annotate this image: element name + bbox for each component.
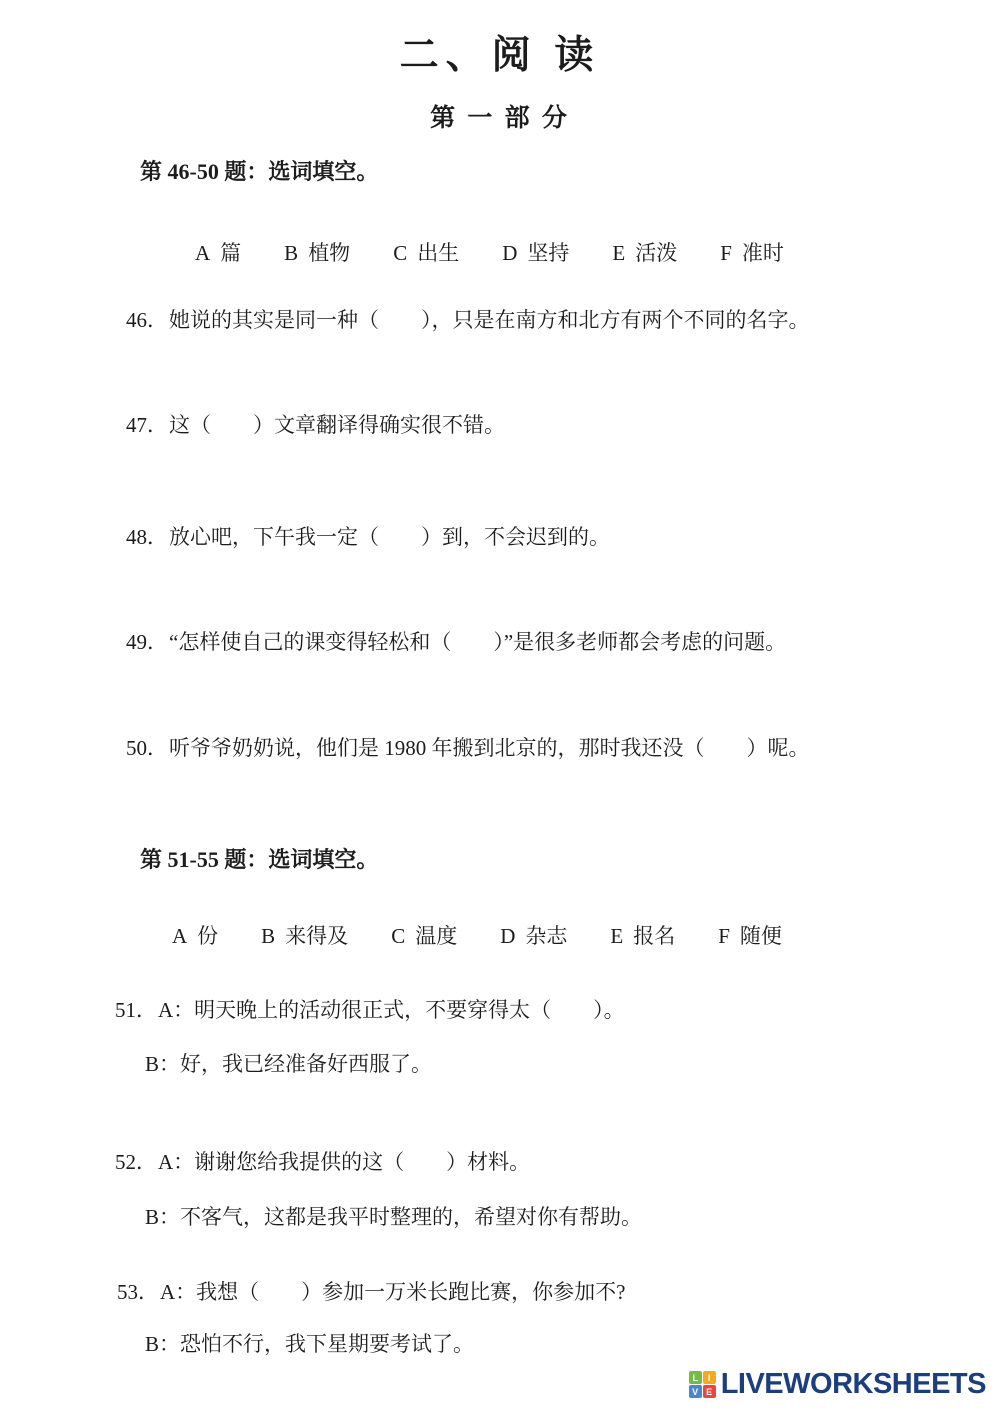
option-word: 活泼: [635, 241, 677, 265]
option-word: 来得及: [285, 924, 348, 948]
option-b: B来得及: [261, 920, 348, 950]
question-53-line-b: B：恐怕不行，我下星期要考试了。: [145, 1331, 474, 1358]
section2-options: A份 B来得及 C温度 D杂志 E报名 F随便: [172, 920, 782, 950]
option-word: 份: [197, 924, 218, 948]
option-word: 篇: [220, 241, 241, 265]
dialog-line-a: A：谢谢您给我提供的这（ ）材料。: [158, 1150, 530, 1174]
option-word: 报名: [633, 924, 675, 948]
option-d: D坚持: [502, 237, 569, 267]
option-letter: E: [612, 241, 625, 265]
question-number: 47．: [126, 413, 168, 437]
option-d: D杂志: [500, 920, 567, 950]
option-word: 出生: [417, 241, 459, 265]
liveworksheets-logo[interactable]: L I V E LIVEWORKSHEETS: [689, 1368, 986, 1401]
option-a: A份: [172, 920, 218, 950]
question-49: 49．“怎样使自己的课变得轻松和（ ）”是很多老师都会考虑的问题。: [126, 629, 786, 656]
option-e: E活泼: [612, 237, 677, 267]
question-52-line-a: 52．A：谢谢您给我提供的这（ ）材料。: [115, 1149, 530, 1176]
option-letter: D: [502, 241, 517, 265]
part-subtitle: 第 一 部 分: [0, 98, 1000, 134]
question-number: 53．: [117, 1280, 159, 1304]
question-number: 46．: [126, 308, 168, 332]
page-title: 二、阅 读: [0, 24, 1000, 80]
option-word: 随便: [740, 924, 782, 948]
option-c: C出生: [393, 237, 459, 267]
question-53-line-a: 53．A：我想（ ）参加一万米长跑比赛，你参加不?: [117, 1279, 626, 1306]
option-letter: B: [261, 924, 275, 948]
option-f: F随便: [718, 920, 782, 950]
question-text: 她说的其实是同一种（ ），只是在南方和北方有两个不同的名字。: [169, 308, 810, 332]
liveworksheets-grid-icon: L I V E: [689, 1371, 716, 1398]
option-letter: A: [195, 241, 210, 265]
question-number: 50．: [126, 736, 168, 760]
option-e: E报名: [610, 920, 675, 950]
option-word: 坚持: [527, 241, 569, 265]
option-a: A篇: [195, 237, 241, 267]
question-text: “怎样使自己的课变得轻松和（ ）”是很多老师都会考虑的问题。: [169, 630, 786, 654]
question-50: 50．听爷爷奶奶说，他们是 1980 年搬到北京的，那时我还没（ ）呢。: [126, 735, 810, 762]
option-letter: F: [718, 924, 730, 948]
option-letter: C: [391, 924, 405, 948]
option-letter: E: [610, 924, 623, 948]
question-text: 这（ ）文章翻译得确实很不错。: [169, 413, 505, 437]
option-letter: D: [500, 924, 515, 948]
option-word: 准时: [742, 241, 784, 265]
question-number: 52．: [115, 1150, 157, 1174]
option-f: F准时: [720, 237, 784, 267]
option-word: 植物: [308, 241, 350, 265]
option-c: C温度: [391, 920, 457, 950]
dialog-line-b: B：恐怕不行，我下星期要考试了。: [145, 1332, 474, 1356]
question-52-line-b: B：不客气，这都是我平时整理的，希望对你有帮助。: [145, 1204, 642, 1231]
question-number: 48．: [126, 525, 168, 549]
option-letter: B: [284, 241, 298, 265]
section1-options: A篇 B植物 C出生 D坚持 E活泼 F准时: [195, 237, 784, 267]
logo-square-v: V: [689, 1385, 702, 1398]
question-text: 听爷爷奶奶说，他们是 1980 年搬到北京的，那时我还没（ ）呢。: [169, 736, 810, 760]
question-number: 49．: [126, 630, 168, 654]
option-letter: C: [393, 241, 407, 265]
option-letter: F: [720, 241, 732, 265]
dialog-line-a: A：明天晚上的活动很正式，不要穿得太（ ）。: [158, 998, 625, 1022]
option-word: 温度: [415, 924, 457, 948]
dialog-line-b: B：好，我已经准备好西服了。: [145, 1052, 432, 1076]
option-b: B植物: [284, 237, 350, 267]
section2-heading: 第 51-55 题：选词填空。: [140, 843, 378, 874]
question-46: 46．她说的其实是同一种（ ），只是在南方和北方有两个不同的名字。: [126, 307, 810, 334]
logo-wordmark: LIVEWORKSHEETS: [721, 1368, 986, 1401]
question-51-line-a: 51．A：明天晚上的活动很正式，不要穿得太（ ）。: [115, 997, 625, 1024]
logo-square-i: I: [703, 1371, 716, 1384]
dialog-line-a: A：我想（ ）参加一万米长跑比赛，你参加不?: [160, 1280, 626, 1304]
question-47: 47．这（ ）文章翻译得确实很不错。: [126, 412, 505, 439]
question-text: 放心吧，下午我一定（ ）到，不会迟到的。: [169, 525, 610, 549]
option-word: 杂志: [525, 924, 567, 948]
logo-square-e: E: [703, 1385, 716, 1398]
option-letter: A: [172, 924, 187, 948]
question-48: 48．放心吧，下午我一定（ ）到，不会迟到的。: [126, 524, 610, 551]
worksheet-page: 二、阅 读 第 一 部 分 第 46-50 题：选词填空。 A篇 B植物 C出生…: [0, 0, 1000, 1414]
section1-heading: 第 46-50 题：选词填空。: [140, 155, 378, 186]
logo-square-l: L: [689, 1371, 702, 1384]
question-number: 51．: [115, 998, 157, 1022]
dialog-line-b: B：不客气，这都是我平时整理的，希望对你有帮助。: [145, 1205, 642, 1229]
question-51-line-b: B：好，我已经准备好西服了。: [145, 1051, 432, 1078]
